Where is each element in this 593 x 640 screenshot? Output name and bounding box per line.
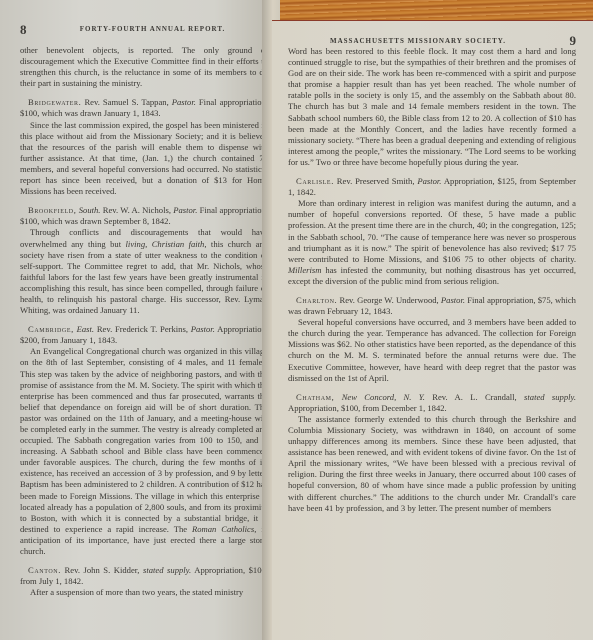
left-running-head: 8 FORTY-FOURTH ANNUAL REPORT. [20, 25, 265, 33]
left-page-number: 8 [20, 22, 27, 38]
entry-body-chatham: The assistance formerly extended to this… [288, 414, 576, 514]
entry-body-cambridge: An Evangelical Congregational church was… [20, 346, 268, 557]
right-continuation-paragraph: Word has been restored to this feeble fl… [288, 46, 576, 168]
right-running-head-title: MASSACHUSETTS MISSIONARY SOCIETY. [330, 37, 506, 45]
right-page: MASSACHUSETTS MISSIONARY SOCIETY. 9 Word… [272, 20, 593, 640]
entry-heading-canton: Canton. Rev. John S. Kidder, stated supp… [20, 565, 268, 587]
entry-heading-charlton: Charlton. Rev. George W. Underwood, Past… [288, 295, 576, 317]
left-page-body: other benevolent objects, is reported. T… [20, 45, 268, 598]
entry-heading-bridgewater: Bridgewater. Rev. Samuel S. Tappan, Past… [20, 97, 268, 119]
right-page-body: Word has been restored to this feeble fl… [288, 46, 576, 514]
left-running-head-title: FORTY-FOURTH ANNUAL REPORT. [80, 25, 225, 33]
right-running-head: MASSACHUSETTS MISSIONARY SOCIETY. 9 [288, 37, 576, 45]
entry-heading-carlisle: Carlisle. Rev. Preserved Smith, Pastor. … [288, 176, 576, 198]
left-continuation-paragraph: other benevolent objects, is reported. T… [20, 45, 268, 89]
entry-heading-cambridge: Cambridge, East. Rev. Frederick T. Perki… [20, 324, 268, 346]
wooden-table-background [235, 0, 593, 22]
entry-heading-brookfield: Brookfield, South. Rev. W. A. Nichols, P… [20, 205, 268, 227]
entry-body-canton: After a suspension of more than two year… [20, 587, 268, 598]
left-page: 8 FORTY-FOURTH ANNUAL REPORT. other bene… [0, 0, 268, 640]
entry-body-carlisle: More than ordinary interest in religion … [288, 198, 576, 287]
entry-heading-chatham: Chatham, New Concord, N. Y. Rev. A. L. C… [288, 392, 576, 414]
entry-body-bridgewater: Since the last commission expired, the g… [20, 120, 268, 198]
entry-body-brookfield: Through conflicts and discouragements th… [20, 227, 268, 316]
entry-body-charlton: Several hopeful conversions have occurre… [288, 317, 576, 384]
